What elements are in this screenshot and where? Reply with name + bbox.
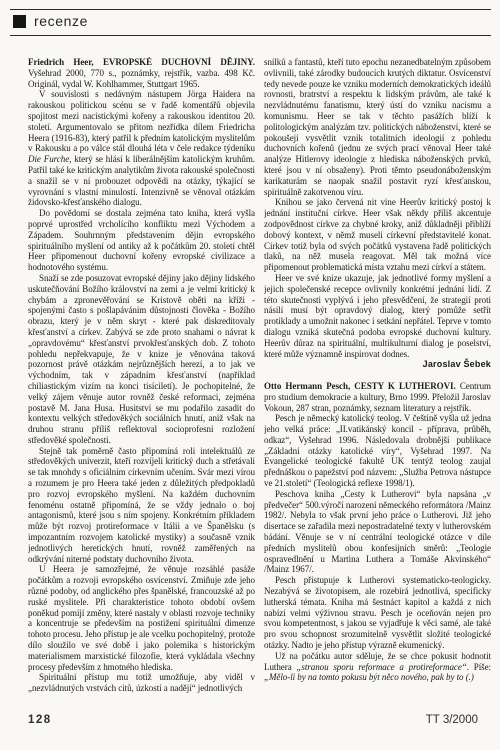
review1-paragraph: Knihou se jako červená nit vine Heerův k… <box>264 197 491 273</box>
review2-paragraph: Už na počátku autor sděluje, že se chce … <box>264 651 491 683</box>
scanned-review-page: recenze Friedrich Heer, EVROPSKÉ DUCHOVN… <box>0 0 500 750</box>
header-top-rule <box>10 9 491 10</box>
text-segment: Knihou se jako červená nit vine Heerův k… <box>264 197 491 272</box>
text-segment: Friedrich Heer, EVROPSKÉ DUCHOVNÍ DĚJINY… <box>28 57 255 67</box>
review1-paragraph: Snaží se zde posuzovat evropské dějiny j… <box>28 273 255 446</box>
text-segment: Jaroslav Šebek <box>423 359 491 369</box>
review2-paragraph: Peschova kniha „Cesty k Lutherovi“ byla … <box>264 489 491 575</box>
text-segment: Die Furche, <box>28 154 71 164</box>
text-segment: „Mělo-li by na tomto pokusu být něco nov… <box>264 672 474 682</box>
review1-paragraph: V souvislosti s nedávným nástupem Jörga … <box>28 89 255 208</box>
review1-paragraph: Spirituální přístup mu totiž umožňuje, a… <box>28 672 255 694</box>
text-segment: Do povědomí se dostala zejména tato knih… <box>28 208 255 272</box>
text-segment: U Heera je samozřejmé, že věnuje rozsáhl… <box>28 564 255 671</box>
section-label: recenze <box>34 13 88 29</box>
review2-paragraph: Pesch přistupuje k Lutherovi systematick… <box>264 575 491 651</box>
text-segment: „stranou sporu reformace a protireformac… <box>296 662 466 672</box>
text-segment: . Píše: <box>467 662 491 672</box>
section-marker-square-icon <box>13 15 26 28</box>
text-segment: Heer ve své knize ukazuje, jak jednotliv… <box>264 273 491 359</box>
reviewer-signature: Jaroslav Šebek <box>264 359 491 370</box>
text-segment: V souvislosti s nedávným nástupem Jörga … <box>28 89 255 153</box>
review1-paragraph: U Heera je samozřejmé, že věnuje rozsáhl… <box>28 564 255 672</box>
review1-paragraph-continued: snílků a fantastů, kteří tuto epochu nez… <box>264 57 491 197</box>
text-segment: Stejně tak poměrně často připomíná roli … <box>28 446 255 564</box>
page-number: 128 <box>28 714 52 726</box>
text-segment: Snaží se zde posuzovat evropské dějiny j… <box>28 273 255 445</box>
text-segment: Peschova kniha „Cesty k Lutherovi“ byla … <box>264 489 491 575</box>
issue-code: TT 3/2000 <box>426 714 478 726</box>
text-segment: Spirituální přístup mu totiž umožňuje, a… <box>28 672 255 693</box>
page-footer: 128 TT 3/2000 <box>28 714 478 726</box>
review1-paragraph: Heer ve své knize ukazuje, jak jednotliv… <box>264 273 491 359</box>
text-segment: Otto Hermann Pesch, CESTY K LUTHEROVI. <box>264 381 456 391</box>
review1-paragraph: Stejně tak poměrně často připomíná roli … <box>28 446 255 565</box>
review-columns: Friedrich Heer, EVROPSKÉ DUCHOVNÍ DĚJINY… <box>28 57 491 713</box>
review2-heading: Otto Hermann Pesch, CESTY K LUTHEROVI. C… <box>264 381 491 413</box>
right-column: snílků a fantastů, kteří tuto epochu nez… <box>264 57 491 713</box>
review1-heading: Friedrich Heer, EVROPSKÉ DUCHOVNÍ DĚJINY… <box>28 57 255 89</box>
text-segment: Vyšehrad 2000, 770 s., poznámky, rejstří… <box>28 68 255 89</box>
left-column: Friedrich Heer, EVROPSKÉ DUCHOVNÍ DĚJINY… <box>28 57 255 713</box>
review1-paragraph: Do povědomí se dostala zejména tato knih… <box>28 208 255 273</box>
text-segment: snílků a fantastů, kteří tuto epochu nez… <box>264 57 491 197</box>
text-segment: Pesch je německý katolický teolog. V češ… <box>264 413 491 488</box>
section-header: recenze <box>13 13 88 29</box>
text-segment: Pesch přistupuje k Lutherovi systematick… <box>264 575 491 650</box>
review2-paragraph: Pesch je německý katolický teolog. V češ… <box>264 413 491 489</box>
header-bottom-rule <box>10 35 491 36</box>
